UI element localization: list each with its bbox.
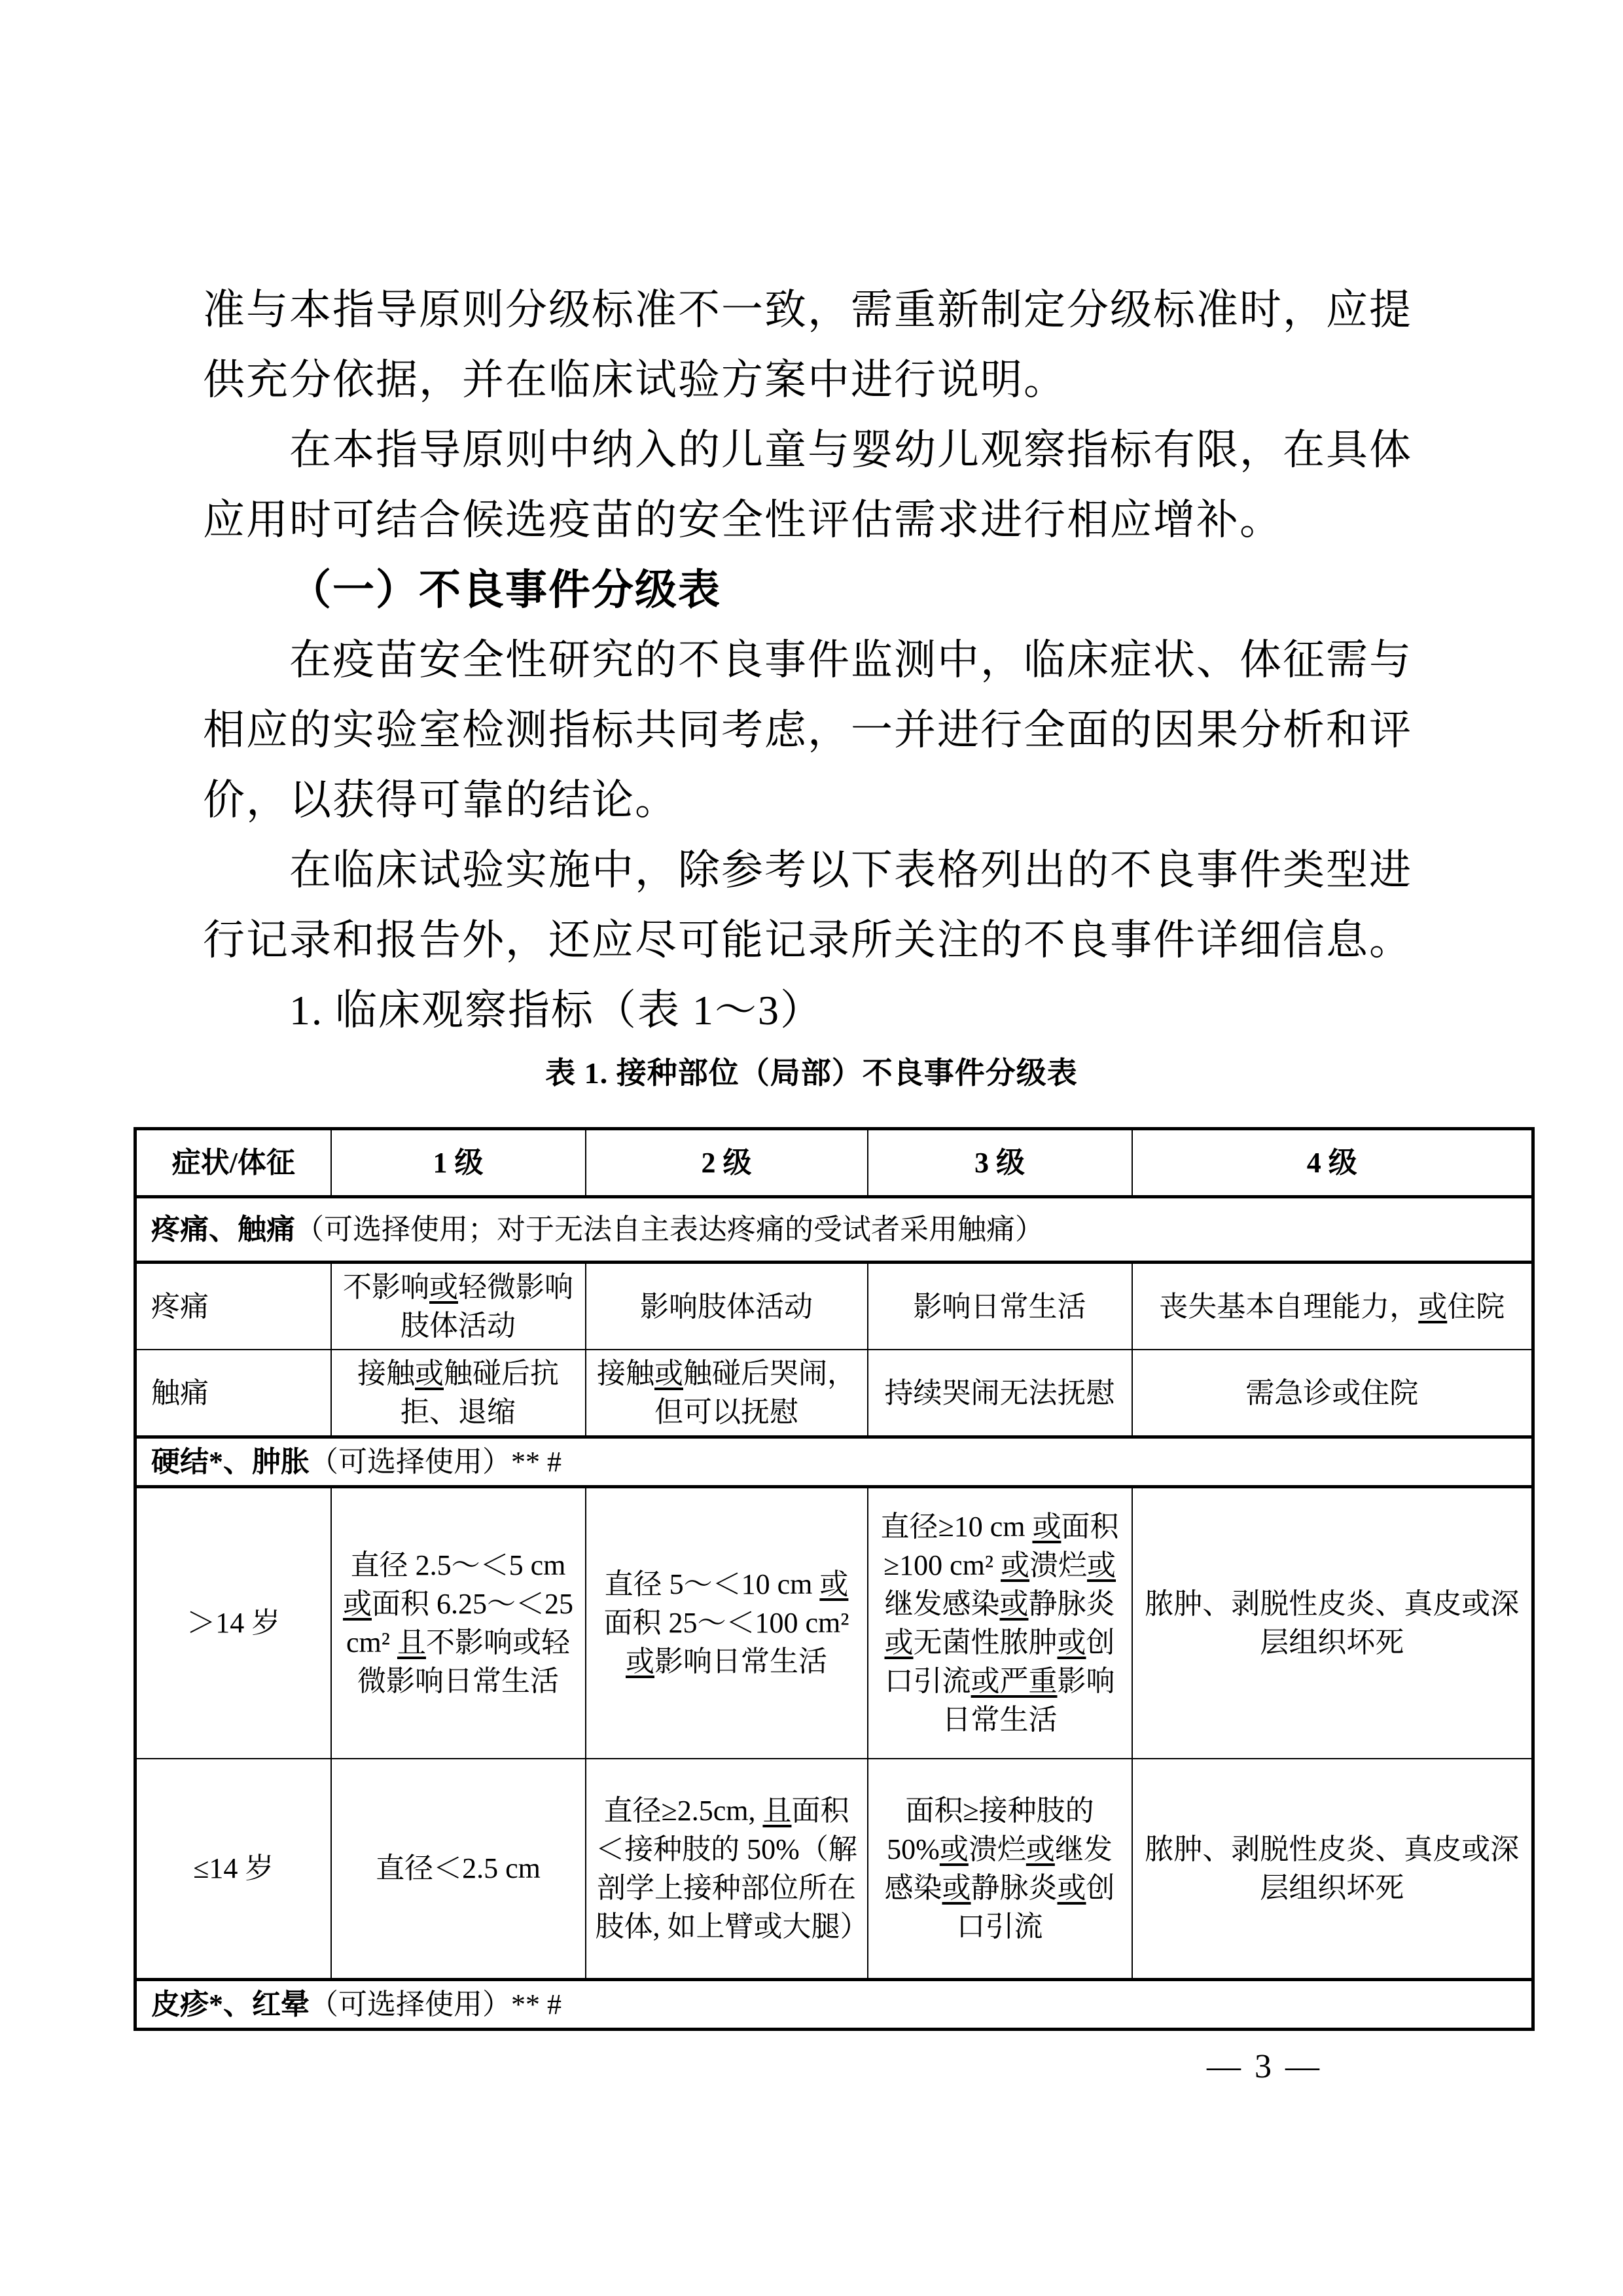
text-segment: 直径＜2.5 cm — [376, 1852, 541, 1884]
body-line: 在本指导原则中纳入的儿童与婴幼儿观察指标有限，在具体 — [203, 415, 1433, 485]
grade-cell: 丧失基本自理能力，或住院 — [1132, 1263, 1533, 1350]
table-section-row: 疼痛、触痛（可选择使用；对于无法自主表达疼痛的受试者采用触痛） — [135, 1197, 1533, 1263]
table-row: 疼痛不影响或轻微影响肢体活动影响肢体活动影响日常生活丧失基本自理能力，或住院 — [135, 1263, 1533, 1350]
text-segment: 脓肿、剥脱性皮炎、真皮或深层组织坏死 — [1145, 1833, 1519, 1904]
text-segment: 丧失基本自理能力， — [1159, 1291, 1418, 1323]
section-heading-line: （一）不良事件分级表 — [203, 555, 1433, 625]
grade-cell: 脓肿、剥脱性皮炎、真皮或深层组织坏死 — [1132, 1487, 1533, 1759]
text-segment: 面积 25～＜100 cm² — [604, 1607, 849, 1639]
grade-cell: 持续哭闹无法抚慰 — [868, 1350, 1132, 1437]
body-line: 1. 临床观察指标（表 1～3） — [203, 975, 1433, 1045]
grade-cell: 接触或触碰后哭闹，但可以抚慰 — [586, 1350, 868, 1437]
underlined-text: 或 — [1000, 1588, 1029, 1620]
grade-cell: 直径 5～＜10 cm 或面积 25～＜100 cm² 或影响日常生活 — [586, 1487, 868, 1759]
section-cell: 硬结*、肿胀（可选择使用）** # — [135, 1437, 1533, 1487]
underlined-text: 或 — [1032, 1511, 1061, 1543]
table1-title: 表 1. 接种部位（局部）不良事件分级表 — [0, 1052, 1623, 1094]
table-row: ≤14 岁直径＜2.5 cm直径≥2.5cm, 且面积＜接种肢的 50%（解剖学… — [135, 1759, 1533, 1980]
text-segment: （可选择使用）** # — [310, 1988, 562, 2020]
column-header: 1 级 — [331, 1129, 586, 1197]
column-header: 4 级 — [1132, 1129, 1533, 1197]
text-segment: 无菌性脓肿 — [914, 1626, 1058, 1659]
underlined-text: 或 — [1058, 1626, 1086, 1659]
body-line: 准与本指导原则分级标准不一致，需重新制定分级标准时，应提 — [203, 275, 1433, 345]
underlined-text: 且 — [397, 1626, 426, 1659]
text-segment: 影响日常生活 — [654, 1645, 827, 1677]
section-label: 疼痛、触痛 — [151, 1213, 295, 1246]
grade-cell: 需急诊或住院 — [1132, 1350, 1533, 1437]
symptom-label-cell: ＞14 岁 — [135, 1487, 331, 1759]
section-label: 皮疹*、红晕 — [151, 1988, 310, 2020]
text-segment: 接触 — [357, 1357, 415, 1390]
grade-cell: 面积≥接种肢的 50%或溃烂或继发感染或静脉炎或创口引流 — [868, 1759, 1132, 1980]
text-segment: 持续哭闹无法抚慰 — [885, 1377, 1115, 1409]
underlined-text: 或 — [1001, 1549, 1029, 1581]
text-segment: 溃烂 — [1029, 1549, 1087, 1581]
section-cell: 皮疹*、红晕（可选择使用）** # — [135, 1980, 1533, 2030]
text-segment: 不影响 — [343, 1271, 429, 1303]
text-segment: 直径 2.5～＜5 cm — [351, 1549, 566, 1581]
text-segment: ≤14 岁 — [193, 1852, 274, 1884]
table-section-row: 硬结*、肿胀（可选择使用）** # — [135, 1437, 1533, 1487]
body-line: 行记录和报告外，还应尽可能记录所关注的不良事件详细信息。 — [203, 905, 1433, 975]
underlined-text: 或 — [626, 1645, 654, 1677]
grade-cell: 影响肢体活动 — [586, 1263, 868, 1350]
section-cell: 疼痛、触痛（可选择使用；对于无法自主表达疼痛的受试者采用触痛） — [135, 1197, 1533, 1263]
text-segment: 住院 — [1447, 1291, 1505, 1323]
underlined-text: 或 — [1026, 1833, 1055, 1865]
text-segment: 需急诊或住院 — [1245, 1377, 1418, 1409]
table-section-row: 皮疹*、红晕（可选择使用）** # — [135, 1980, 1533, 2030]
underlined-text: 或严重 — [971, 1665, 1058, 1697]
column-header: 2 级 — [586, 1129, 868, 1197]
text-segment: 影响日常生活 — [914, 1291, 1086, 1323]
text-segment: 接触 — [597, 1357, 654, 1390]
grade-cell: 脓肿、剥脱性皮炎、真皮或深层组织坏死 — [1132, 1759, 1533, 1980]
body-line: 供充分依据，并在临床试验方案中进行说明。 — [203, 345, 1433, 415]
text-segment: 疼痛 — [151, 1291, 209, 1323]
text-segment: 静脉炎 — [971, 1872, 1058, 1904]
symptom-label-cell: 疼痛 — [135, 1263, 331, 1350]
text-segment: 静脉炎 — [1029, 1588, 1115, 1620]
text-segment: 直径 5～＜10 cm — [605, 1568, 820, 1600]
underlined-text: 或 — [1058, 1872, 1086, 1904]
underlined-text: 或 — [885, 1626, 914, 1659]
section-label: 硬结*、肿胀 — [151, 1446, 310, 1478]
grade-cell: 直径＜2.5 cm — [331, 1759, 586, 1980]
table1-header-row: 症状/体征1 级2 级3 级4 级 — [135, 1129, 1533, 1197]
underlined-text: 或 — [1418, 1291, 1447, 1323]
underlined-text: 或 — [654, 1357, 683, 1390]
grade-cell: 直径≥10 cm 或面积≥100 cm² 或溃烂或继发感染或静脉炎或无菌性脓肿或… — [868, 1487, 1132, 1759]
text-segment: 直径≥10 cm — [881, 1511, 1033, 1543]
text-segment: 溃烂 — [969, 1833, 1026, 1865]
symptom-label-cell: 触痛 — [135, 1350, 331, 1437]
page-number: — 3 — — [0, 2047, 1623, 2087]
table-row: ＞14 岁直径 2.5～＜5 cm 或面积 6.25～＜25 cm² 且不影响或… — [135, 1487, 1533, 1759]
underlined-text: 或 — [1087, 1549, 1116, 1581]
text-segment: （可选择使用；对于无法自主表达疼痛的受试者采用触痛） — [295, 1213, 1044, 1246]
grade-cell: 影响日常生活 — [868, 1263, 1132, 1350]
grade-cell: 直径 2.5～＜5 cm 或面积 6.25～＜25 cm² 且不影响或轻微影响日… — [331, 1487, 586, 1759]
body-line: 应用时可结合候选疫苗的安全性评估需求进行相应增补。 — [203, 485, 1433, 555]
text-segment: 脓肿、剥脱性皮炎、真皮或深层组织坏死 — [1145, 1588, 1519, 1659]
body-line: 在疫苗安全性研究的不良事件监测中，临床症状、体征需与 — [203, 625, 1433, 695]
text-segment: 影响肢体活动 — [640, 1291, 813, 1323]
table-row: 触痛接触或触碰后抗拒、退缩接触或触碰后哭闹，但可以抚慰持续哭闹无法抚慰需急诊或住… — [135, 1350, 1533, 1437]
body-line: 价，以获得可靠的结论。 — [203, 765, 1433, 835]
underlined-text: 且 — [762, 1795, 791, 1827]
underlined-text: 或 — [415, 1357, 444, 1390]
text-segment: 触碰后哭闹，但可以抚慰 — [654, 1357, 856, 1428]
text-segment: 触痛 — [151, 1377, 209, 1409]
text-segment: 继发感染 — [885, 1588, 1000, 1620]
text-segment: ＞14 岁 — [187, 1607, 280, 1639]
underlined-text: 或 — [940, 1833, 969, 1865]
text-segment: 直径≥2.5cm, — [604, 1795, 763, 1827]
body-line: 在临床试验实施中，除参考以下表格列出的不良事件类型进 — [203, 835, 1433, 905]
column-header: 3 级 — [868, 1129, 1132, 1197]
grade-cell: 接触或触碰后抗拒、退缩 — [331, 1350, 586, 1437]
grade-cell: 直径≥2.5cm, 且面积＜接种肢的 50%（解剖学上接种部位所在肢体, 如上臂… — [586, 1759, 868, 1980]
text-segment: （可选择使用）** # — [310, 1446, 562, 1478]
document-page: 准与本指导原则分级标准不一致，需重新制定分级标准时，应提供充分依据，并在临床试验… — [0, 0, 1623, 2296]
body-line: 相应的实验室检测指标共同考虑，一并进行全面的因果分析和评 — [203, 695, 1433, 765]
underlined-text: 或 — [429, 1271, 458, 1303]
table1-adverse-event-grading: 症状/体征1 级2 级3 级4 级 疼痛、触痛（可选择使用；对于无法自主表达疼痛… — [134, 1127, 1535, 2031]
underlined-text: 或 — [343, 1588, 372, 1620]
symptom-label-cell: ≤14 岁 — [135, 1759, 331, 1980]
underlined-text: 或 — [819, 1568, 848, 1600]
body-text-block: 准与本指导原则分级标准不一致，需重新制定分级标准时，应提供充分依据，并在临床试验… — [203, 275, 1433, 1045]
column-header: 症状/体征 — [135, 1129, 331, 1197]
underlined-text: 或 — [942, 1872, 971, 1904]
grade-cell: 不影响或轻微影响肢体活动 — [331, 1263, 586, 1350]
